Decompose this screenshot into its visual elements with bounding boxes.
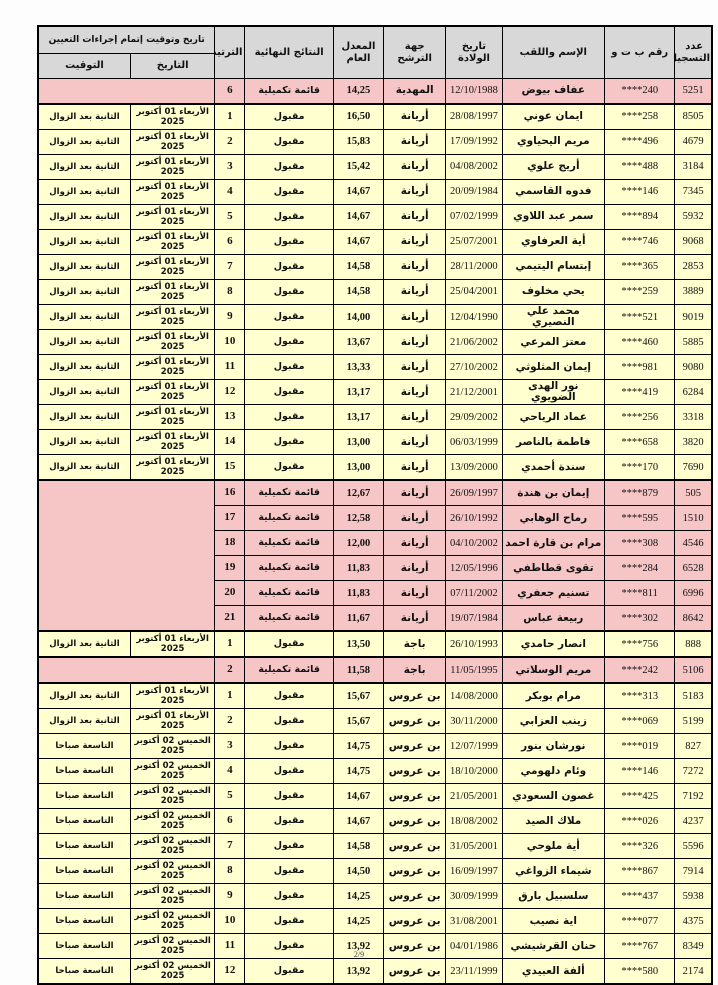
cell-id-number: ****019 [605,734,675,759]
cell-average: 14,67 [333,230,383,255]
cell-id-number: ****326 [605,834,675,859]
cell-candidacy-region: أريانة [384,506,446,531]
cell-final-result: مقبول [245,205,333,230]
cell-average: 12,67 [333,480,383,506]
cell-registration-count: 888 [675,631,712,657]
cell-average: 13,00 [333,430,383,455]
cell-id-number: ****460 [605,330,675,355]
cell-birth-date: 07/11/2002 [446,581,502,606]
cell-registration-count: 1510 [675,506,712,531]
cell-appointment-time: الثانية بعد الزوال [38,355,130,380]
cell-id-number: ****437 [605,884,675,909]
cell-rank: 7 [215,255,245,280]
cell-final-result: قائمة تكميلية [245,531,333,556]
cell-final-result: مقبول [245,130,333,155]
cell-birth-date: 30/09/1999 [446,884,502,909]
cell-average: 12,58 [333,506,383,531]
cell-candidacy-region: بن عروس [384,834,446,859]
cell-final-result: قائمة تكميلية [245,480,333,506]
table-row: 4679****496مريم اليحياوي17/09/1992أريانة… [38,130,712,155]
cell-average: 14,25 [333,79,383,105]
cell-candidacy-region: أريانة [384,205,446,230]
cell-appointment-time: التاسعة صباحا [38,809,130,834]
cell-candidacy-region: بن عروس [384,809,446,834]
cell-average: 14,00 [333,305,383,330]
cell-registration-count: 3184 [675,155,712,180]
cell-final-result: مقبول [245,455,333,481]
cell-final-result: مقبول [245,180,333,205]
cell-appointment-time: التاسعة صباحا [38,759,130,784]
cell-registration-count: 5183 [675,683,712,709]
cell-final-result: مقبول [245,255,333,280]
table-row: 4375****077اية نصيب31/08/2001بن عروس14,2… [38,909,712,934]
cell-name: عماد الرياحي [502,405,604,430]
cell-average: 14,75 [333,734,383,759]
cell-name: إبتسام اليتيمي [502,255,604,280]
cell-candidacy-region: أريانة [384,531,446,556]
cell-rank: 16 [215,480,245,506]
cell-appointment-time: الثانية بعد الزوال [38,709,130,734]
cell-average: 11,67 [333,606,383,632]
cell-candidacy-region: أريانة [384,430,446,455]
cell-id-number: ****069 [605,709,675,734]
cell-average: 14,67 [333,180,383,205]
cell-rank: 2 [215,709,245,734]
table-row: 3820****658فاطمة بالناصر06/03/1999أريانة… [38,430,712,455]
cell-birth-date: 30/11/2000 [446,709,502,734]
cell-appointment-date: الأربعاء 01 أكتوبر 2025 [130,330,214,355]
cell-birth-date: 04/10/2002 [446,531,502,556]
cell-name: إيمان المثلوثي [502,355,604,380]
cell-registration-count: 7192 [675,784,712,809]
cell-registration-count: 4375 [675,909,712,934]
cell-final-result: مقبول [245,355,333,380]
cell-registration-count: 5932 [675,205,712,230]
cell-birth-date: 21/06/2002 [446,330,502,355]
cell-registration-count: 7690 [675,455,712,481]
table-row: 7272****146وئام دلهومي18/10/2000بن عروس1… [38,759,712,784]
table-row: 5885****460معتز المرعي21/06/2002أريانة13… [38,330,712,355]
cell-average: 14,25 [333,884,383,909]
cell-appointment-time: التاسعة صباحا [38,784,130,809]
cell-final-result: مقبول [245,784,333,809]
cell-appointment-date: الخميس 02 أكتوبر 2025 [130,784,214,809]
cell-rank: 10 [215,330,245,355]
cell-registration-count: 5938 [675,884,712,909]
page-number: 2/9 [0,950,718,959]
cell-average: 13,00 [333,455,383,481]
cell-name: محمد علي النصيري [502,305,604,330]
cell-id-number: ****313 [605,683,675,709]
cell-appointment-time: التاسعة صباحا [38,959,130,985]
cell-appointment-time: التاسعة صباحا [38,734,130,759]
cell-appointment-time: التاسعة صباحا [38,859,130,884]
table-row: 5183****313مرام بوبكر14/08/2000بن عروس15… [38,683,712,709]
cell-id-number: ****240 [605,79,675,105]
cell-candidacy-region: بن عروس [384,784,446,809]
cell-average: 14,58 [333,255,383,280]
header-birth-date: تاريخ الولادة [446,26,502,79]
cell-name: ألفة العبيدي [502,959,604,985]
cell-id-number: ****284 [605,556,675,581]
cell-appointment-date: الأربعاء 01 أكتوبر 2025 [130,130,214,155]
cell-appointment-time: الثانية بعد الزوال [38,305,130,330]
cell-final-result: قائمة تكميلية [245,606,333,632]
table-row: 3184****488أريج علوي04/08/2002أريانة15,4… [38,155,712,180]
cell-rank: 15 [215,455,245,481]
cell-rank: 6 [215,230,245,255]
cell-candidacy-region: أريانة [384,405,446,430]
cell-birth-date: 31/05/2001 [446,834,502,859]
cell-registration-count: 505 [675,480,712,506]
cell-name: ربيعة عباس [502,606,604,632]
cell-name: أريج علوي [502,155,604,180]
cell-appointment-date: الأربعاء 01 أكتوبر 2025 [130,230,214,255]
header-registration-count: عدد التسجيل [675,26,712,79]
cell-id-number: ****658 [605,430,675,455]
table-row: 5932****894سمر عبد اللاوي07/02/1999أريان… [38,205,712,230]
cell-rank: 8 [215,859,245,884]
cell-birth-date: 16/09/1997 [446,859,502,884]
cell-registration-count: 2174 [675,959,712,985]
cell-registration-count: 4546 [675,531,712,556]
cell-id-number: ****026 [605,809,675,834]
cell-final-result: مقبول [245,683,333,709]
table-row: 6284****419نور الهدى الضويوي21/12/2001أر… [38,380,712,405]
cell-birth-date: 26/09/1997 [446,480,502,506]
table-row: 9019****521محمد علي النصيري12/04/1990أري… [38,305,712,330]
cell-final-result: مقبول [245,759,333,784]
cell-candidacy-region: أريانة [384,480,446,506]
table-row: 8505****258ايمان عوني28/08/1997أريانة16,… [38,104,712,130]
cell-registration-count: 5885 [675,330,712,355]
cell-candidacy-region: أريانة [384,180,446,205]
cell-name: ملاك الصيد [502,809,604,834]
cell-rank: 2 [215,130,245,155]
cell-candidacy-region: أريانة [384,355,446,380]
header-final-results: النتائج النهائية [245,26,333,79]
cell-birth-date: 12/05/1996 [446,556,502,581]
cell-rank: 4 [215,759,245,784]
table-row: 505****879إيمان بن هندة26/09/1997أريانة1… [38,480,712,506]
cell-birth-date: 20/09/1984 [446,180,502,205]
cell-name: انصار حامدي [502,631,604,657]
cell-birth-date: 04/08/2002 [446,155,502,180]
cell-registration-count: 4237 [675,809,712,834]
cell-candidacy-region: أريانة [384,581,446,606]
cell-final-result: مقبول [245,734,333,759]
cell-registration-count: 9080 [675,355,712,380]
results-table: عدد التسجيل رقم ب ت و الإسم واللقب تاريخ… [37,25,713,985]
cell-name: غصون السعودي [502,784,604,809]
cell-average: 11,58 [333,657,383,683]
cell-appointment-date: الأربعاء 01 أكتوبر 2025 [130,155,214,180]
cell-final-result: مقبول [245,430,333,455]
cell-average: 15,42 [333,155,383,180]
cell-registration-count: 827 [675,734,712,759]
cell-name: ايمان عوني [502,104,604,130]
table-row: 2853****365إبتسام اليتيمي28/11/2000أريان… [38,255,712,280]
cell-birth-date: 28/08/1997 [446,104,502,130]
table-row: 2174****580ألفة العبيدي23/11/1999بن عروس… [38,959,712,985]
cell-final-result: مقبول [245,709,333,734]
cell-appointment-date: الأربعاء 01 أكتوبر 2025 [130,455,214,481]
cell-final-result: قائمة تكميلية [245,506,333,531]
cell-appointment-date: الخميس 02 أكتوبر 2025 [130,834,214,859]
cell-birth-date: 31/08/2001 [446,909,502,934]
cell-name: فدوه القاسمي [502,180,604,205]
cell-id-number: ****425 [605,784,675,809]
cell-birth-date: 12/07/1999 [446,734,502,759]
table-row: 7690****170سندة أحمدي13/09/2000أريانة13,… [38,455,712,481]
cell-rank: 1 [215,631,245,657]
header-appointment-time: التوقيت [38,54,130,79]
cell-candidacy-region: أريانة [384,280,446,305]
cell-rank: 8 [215,280,245,305]
cell-candidacy-region: بن عروس [384,709,446,734]
cell-candidacy-region: أريانة [384,104,446,130]
cell-appointment-time: الثانية بعد الزوال [38,455,130,481]
cell-id-number: ****242 [605,657,675,683]
cell-appointment-date: الأربعاء 01 أكتوبر 2025 [130,380,214,405]
cell-candidacy-region: أريانة [384,455,446,481]
cell-id-number: ****756 [605,631,675,657]
cell-appointment-date: الخميس 02 أكتوبر 2025 [130,909,214,934]
table-row: 5106****242مريم الوسلاتي11/05/1995باجة11… [38,657,712,683]
cell-candidacy-region: أريانة [384,330,446,355]
cell-appointment-date: الأربعاء 01 أكتوبر 2025 [130,430,214,455]
cell-name: سمر عبد اللاوي [502,205,604,230]
cell-rank: 14 [215,430,245,455]
table-row: 7345****146فدوه القاسمي20/09/1984أريانة1… [38,180,712,205]
cell-registration-count: 6528 [675,556,712,581]
cell-id-number: ****867 [605,859,675,884]
cell-birth-date: 25/07/2001 [446,230,502,255]
table-row: 5938****437سلسبيل بارق30/09/1999بن عروس1… [38,884,712,909]
cell-name: معتز المرعي [502,330,604,355]
header-id-number: رقم ب ت و [605,26,675,79]
cell-birth-date: 18/08/2002 [446,809,502,834]
cell-id-number: ****259 [605,280,675,305]
cell-registration-count: 6284 [675,380,712,405]
cell-appointment-empty [38,657,215,683]
document-page: عدد التسجيل رقم ب ت و الإسم واللقب تاريخ… [0,0,718,985]
table-row: 888****756انصار حامدي26/10/1993باجة13,50… [38,631,712,657]
cell-final-result: مقبول [245,834,333,859]
cell-final-result: قائمة تكميلية [245,581,333,606]
cell-rank: 19 [215,556,245,581]
cell-average: 13,50 [333,631,383,657]
header-appointment-date: التاريخ [130,54,214,79]
cell-id-number: ****146 [605,180,675,205]
cell-appointment-date: الأربعاء 01 أكتوبر 2025 [130,104,214,130]
table-row: 7914****867شيماء الزواغي16/09/1997بن عرو… [38,859,712,884]
cell-appointment-time: الثانية بعد الزوال [38,430,130,455]
cell-name: فاطمة بالناصر [502,430,604,455]
cell-registration-count: 7345 [675,180,712,205]
cell-id-number: ****981 [605,355,675,380]
cell-birth-date: 25/04/2001 [446,280,502,305]
cell-candidacy-region: باجة [384,631,446,657]
cell-appointment-date: الأربعاء 01 أكتوبر 2025 [130,280,214,305]
cell-id-number: ****746 [605,230,675,255]
cell-average: 14,75 [333,759,383,784]
cell-appointment-time: الثانية بعد الزوال [38,230,130,255]
cell-final-result: مقبول [245,280,333,305]
cell-final-result: مقبول [245,230,333,255]
cell-birth-date: 07/02/1999 [446,205,502,230]
cell-rank: 18 [215,531,245,556]
cell-appointment-date: الأربعاء 01 أكتوبر 2025 [130,405,214,430]
cell-candidacy-region: أريانة [384,380,446,405]
cell-registration-count: 8642 [675,606,712,632]
cell-id-number: ****595 [605,506,675,531]
cell-birth-date: 06/03/1999 [446,430,502,455]
cell-average: 13,92 [333,959,383,985]
cell-candidacy-region: المهدية [384,79,446,105]
cell-candidacy-region: أريانة [384,155,446,180]
cell-id-number: ****580 [605,959,675,985]
cell-name: يحي مخلوف [502,280,604,305]
cell-name: نور الهدى الضويوي [502,380,604,405]
cell-candidacy-region: باجة [384,657,446,683]
cell-appointment-date: الأربعاء 01 أكتوبر 2025 [130,355,214,380]
cell-registration-count: 2853 [675,255,712,280]
cell-appointment-time: الثانية بعد الزوال [38,683,130,709]
cell-birth-date: 19/07/1984 [446,606,502,632]
cell-appointment-time: الثانية بعد الزوال [38,130,130,155]
cell-appointment-date: الخميس 02 أكتوبر 2025 [130,884,214,909]
header-appointment: تاريخ وتوقيت إتمام إجراءات التعيين [38,26,215,54]
cell-appointment-date: الخميس 02 أكتوبر 2025 [130,859,214,884]
cell-name: أية العرفاوي [502,230,604,255]
cell-final-result: قائمة تكميلية [245,657,333,683]
table-header: عدد التسجيل رقم ب ت و الإسم واللقب تاريخ… [38,26,712,79]
cell-final-result: مقبول [245,631,333,657]
cell-final-result: مقبول [245,809,333,834]
cell-birth-date: 13/09/2000 [446,455,502,481]
cell-registration-count: 7272 [675,759,712,784]
cell-candidacy-region: بن عروس [384,734,446,759]
cell-average: 13,33 [333,355,383,380]
cell-appointment-time: التاسعة صباحا [38,884,130,909]
cell-birth-date: 27/10/2002 [446,355,502,380]
cell-candidacy-region: بن عروس [384,683,446,709]
cell-rank: 10 [215,909,245,934]
cell-birth-date: 18/10/2000 [446,759,502,784]
cell-rank: 5 [215,205,245,230]
cell-registration-count: 8505 [675,104,712,130]
cell-registration-count: 7914 [675,859,712,884]
cell-registration-count: 4679 [675,130,712,155]
cell-name: نورشان بنور [502,734,604,759]
cell-appointment-date: الخميس 02 أكتوبر 2025 [130,809,214,834]
cell-name: إيمان بن هندة [502,480,604,506]
cell-rank: 6 [215,79,245,105]
cell-average: 11,83 [333,581,383,606]
cell-name: مريم اليحياوي [502,130,604,155]
cell-appointment-empty [38,79,215,105]
cell-id-number: ****419 [605,380,675,405]
cell-average: 16,50 [333,104,383,130]
cell-appointment-time: الثانية بعد الزوال [38,631,130,657]
header-average: المعدل العام [333,26,383,79]
cell-average: 15,67 [333,683,383,709]
cell-name: اية نصيب [502,909,604,934]
cell-rank: 20 [215,581,245,606]
cell-appointment-date: الأربعاء 01 أكتوبر 2025 [130,709,214,734]
cell-id-number: ****258 [605,104,675,130]
cell-average: 14,50 [333,859,383,884]
cell-name: مرام بوبكر [502,683,604,709]
cell-appointment-date: الأربعاء 01 أكتوبر 2025 [130,305,214,330]
cell-appointment-time: الثانية بعد الزوال [38,104,130,130]
cell-name: مريم الوسلاتي [502,657,604,683]
cell-appointment-time: الثانية بعد الزوال [38,380,130,405]
cell-appointment-date: الخميس 02 أكتوبر 2025 [130,734,214,759]
cell-rank: 1 [215,104,245,130]
cell-appointment-time: الثانية بعد الزوال [38,155,130,180]
table-row: 5596****326أية ملوحي31/05/2001بن عروس14,… [38,834,712,859]
cell-id-number: ****302 [605,606,675,632]
cell-average: 13,17 [333,380,383,405]
cell-registration-count: 5596 [675,834,712,859]
cell-rank: 3 [215,734,245,759]
cell-candidacy-region: أريانة [384,130,446,155]
cell-rank: 9 [215,884,245,909]
cell-rank: 6 [215,809,245,834]
cell-final-result: مقبول [245,104,333,130]
cell-average: 14,58 [333,280,383,305]
cell-appointment-empty [38,480,215,631]
cell-appointment-time: الثانية بعد الزوال [38,405,130,430]
cell-name: شيماء الزواغي [502,859,604,884]
cell-appointment-time: التاسعة صباحا [38,909,130,934]
cell-registration-count: 9068 [675,230,712,255]
cell-id-number: ****496 [605,130,675,155]
cell-candidacy-region: بن عروس [384,884,446,909]
cell-final-result: قائمة تكميلية [245,79,333,105]
cell-average: 15,67 [333,709,383,734]
cell-appointment-time: الثانية بعد الزوال [38,180,130,205]
cell-final-result: مقبول [245,884,333,909]
cell-appointment-date: الأربعاء 01 أكتوبر 2025 [130,205,214,230]
cell-birth-date: 11/05/1995 [446,657,502,683]
cell-appointment-time: الثانية بعد الزوال [38,255,130,280]
cell-id-number: ****365 [605,255,675,280]
cell-registration-count: 9019 [675,305,712,330]
cell-registration-count: 5106 [675,657,712,683]
cell-average: 14,25 [333,909,383,934]
cell-rank: 2 [215,657,245,683]
cell-id-number: ****170 [605,455,675,481]
cell-appointment-date: الخميس 02 أكتوبر 2025 [130,959,214,985]
table-row: 9080****981إيمان المثلوثي27/10/2002أريان… [38,355,712,380]
table-row: 3318****256عماد الرياحي29/09/2002أريانة1… [38,405,712,430]
cell-id-number: ****077 [605,909,675,934]
cell-rank: 1 [215,683,245,709]
cell-appointment-time: الثانية بعد الزوال [38,280,130,305]
header-name: الإسم واللقب [502,26,604,79]
cell-id-number: ****811 [605,581,675,606]
cell-appointment-time: الثانية بعد الزوال [38,330,130,355]
table-row: 3889****259يحي مخلوف25/04/2001أريانة14,5… [38,280,712,305]
cell-candidacy-region: بن عروس [384,759,446,784]
cell-rank: 17 [215,506,245,531]
cell-average: 14,67 [333,809,383,834]
cell-name: مرام بن قارة احمد [502,531,604,556]
cell-candidacy-region: أريانة [384,606,446,632]
